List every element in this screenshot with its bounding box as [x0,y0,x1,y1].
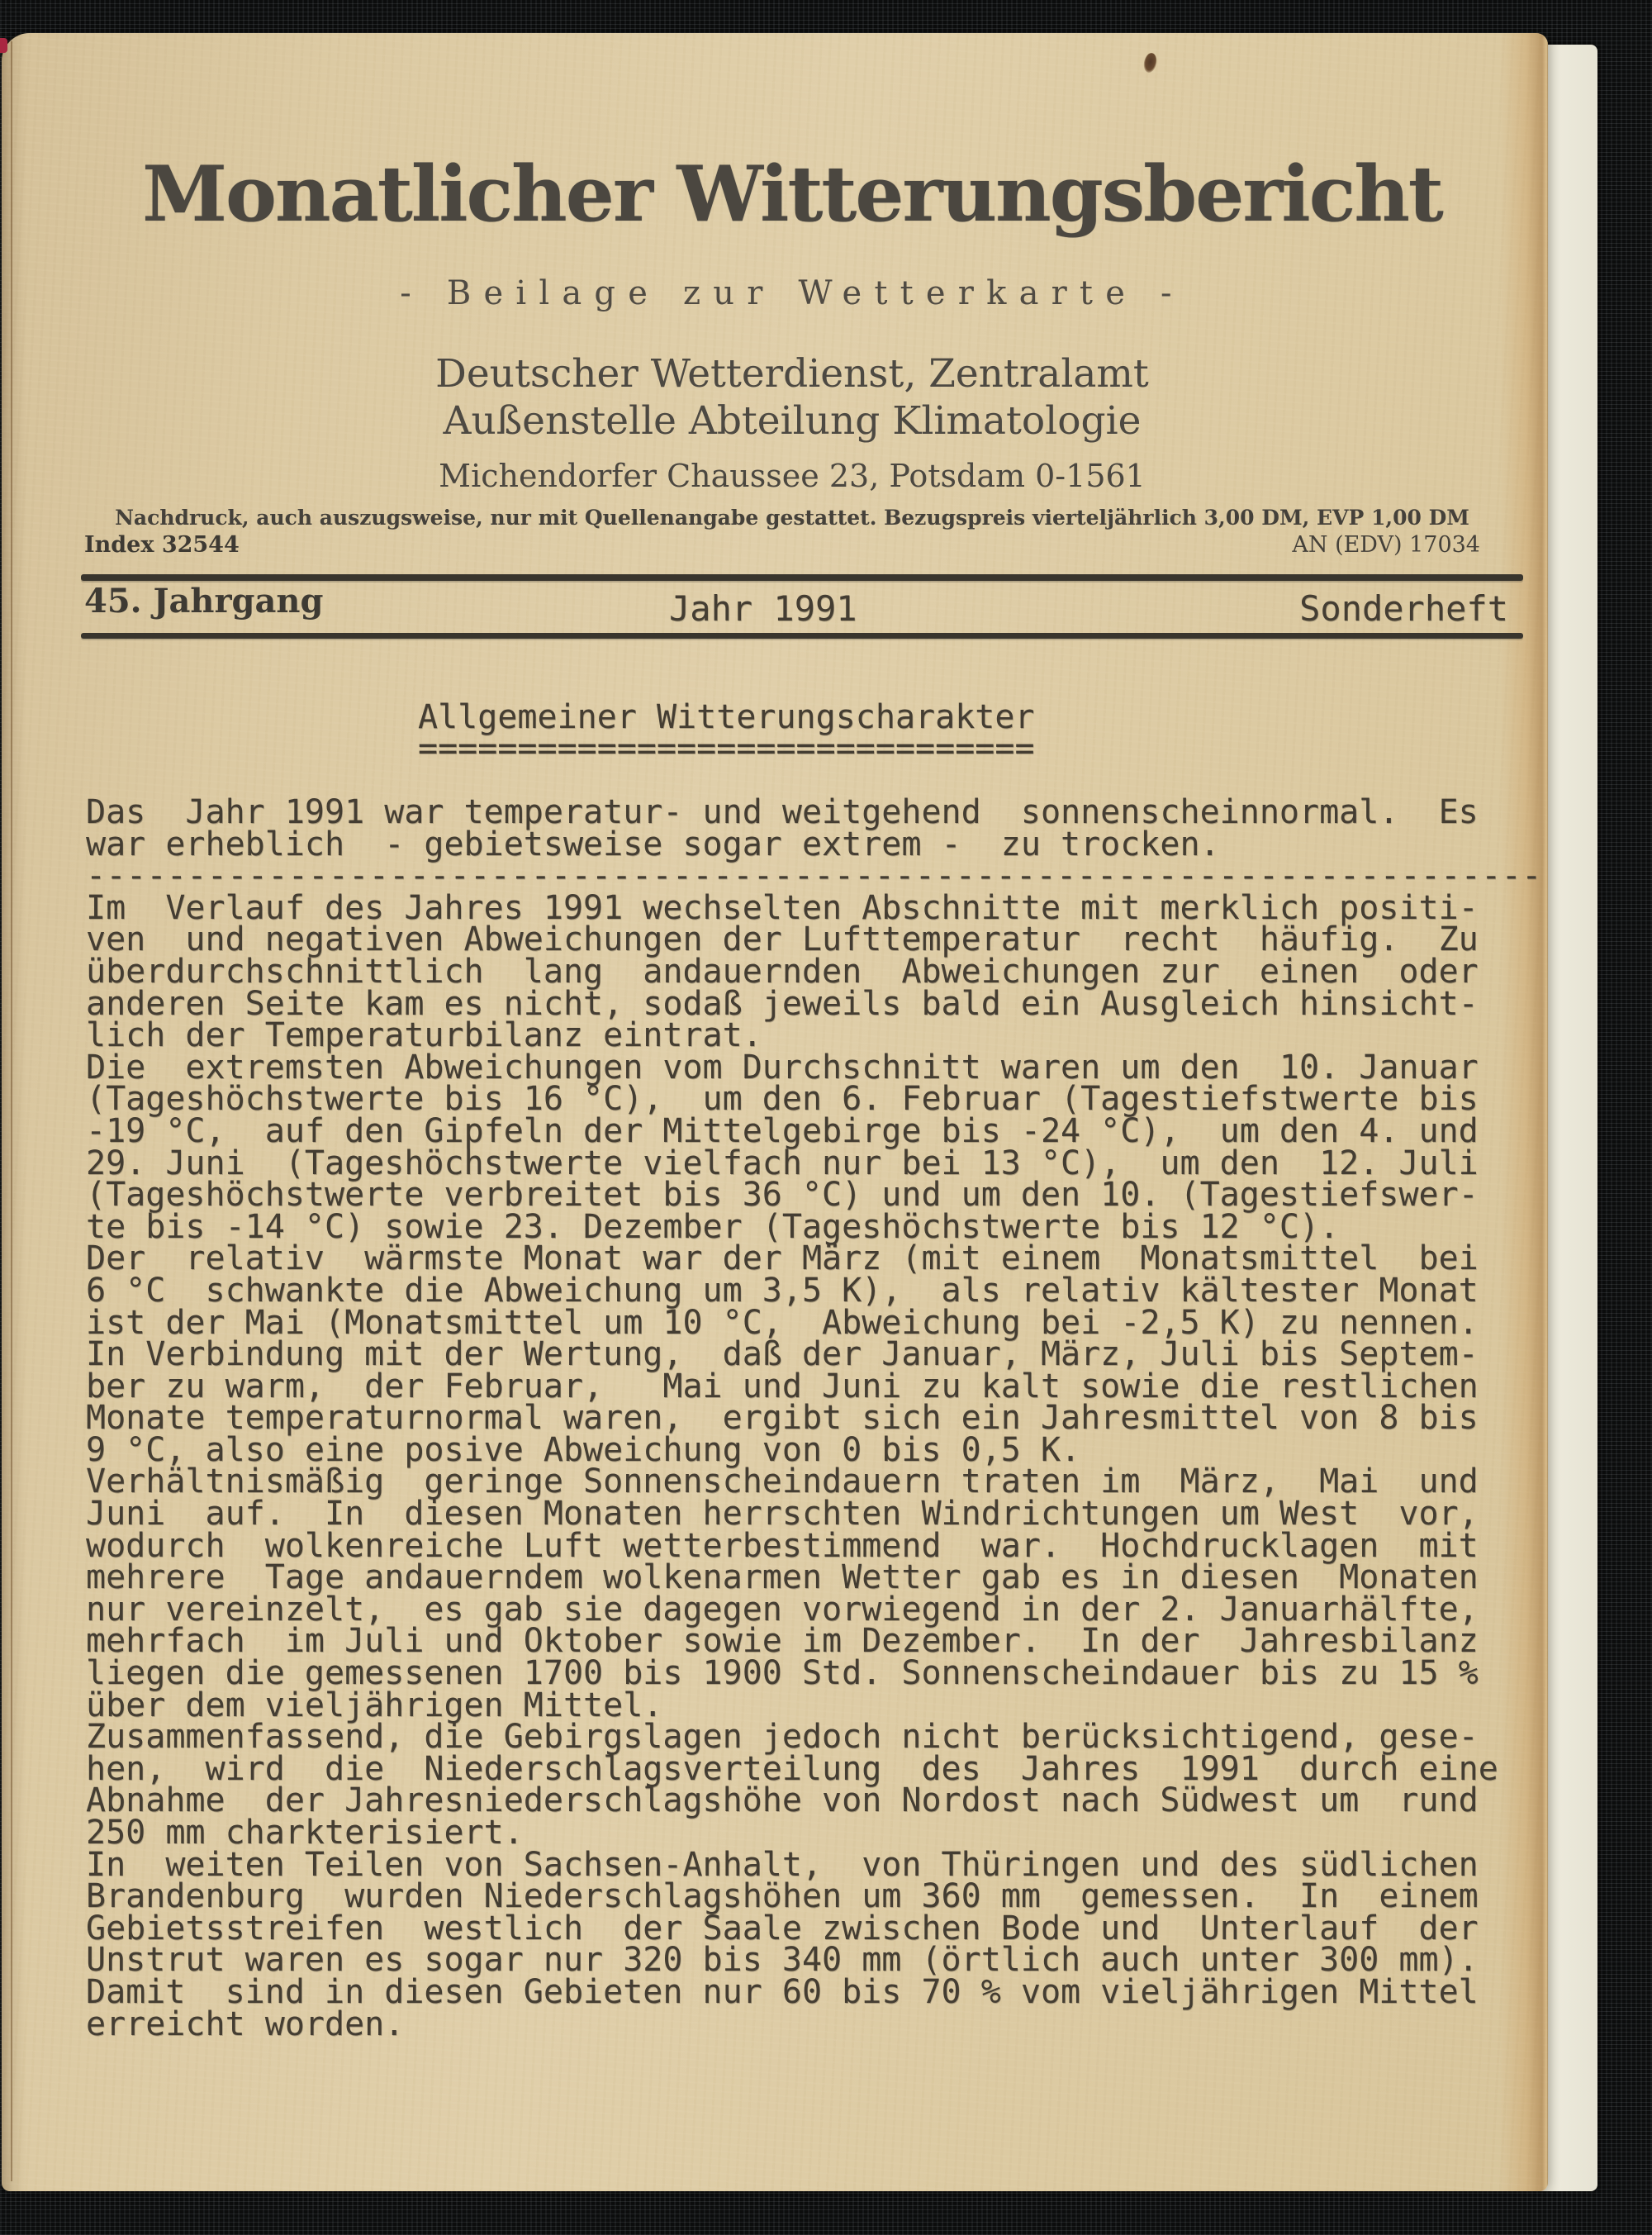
gutter-shadow-left [2,33,26,2191]
ink-stain [1142,52,1159,74]
publication-title: Monatlicher Witterungsbericht [35,155,1550,232]
index-code: Index 32544 [84,532,240,558]
scan-root: { "colors": { "paper": "#dccaa3", "ink_t… [0,0,1652,2235]
volume-label: 45. Jahrgang [84,582,323,621]
year-label: Jahr 1991 [669,588,857,629]
scanned-page: Monatlicher Witterungsbericht - Beilage … [2,33,1548,2191]
organization-line-1: Deutscher Wetterdienst, Zentralamt [35,351,1550,397]
address-line: Michendorfer Chaussee 23, Potsdam 0-1561 [35,458,1550,494]
article-intro: Das Jahr 1991 war temperatur- und weitge… [86,797,1528,860]
article-body: Das Jahr 1991 war temperatur- und weitge… [86,797,1528,2040]
article-paragraphs: Im Verlauf des Jahres 1991 wechselten Ab… [86,892,1528,2040]
page-crease-left [11,41,12,2181]
organization-line-2: Außenstelle Abteilung Klimatologie [35,398,1550,444]
imprint-notice: Nachdruck, auch auszugsweise, nur mit Qu… [35,506,1550,530]
section-heading-underline: =============================== [418,732,1035,765]
masthead-rule-top [81,574,1523,581]
masthead-rule-bottom [81,633,1523,639]
issue-label: Sonderheft [1299,588,1508,629]
section-heading: Allgemeiner Witterungscharakter [418,701,1035,734]
publication-subtitle: - Beilage zur Wetterkarte - [35,274,1550,312]
dashed-separator: ----------------------------------------… [86,860,1528,892]
red-edge-mark [0,38,7,53]
an-edv-code: AN (EDV) 17034 [1292,532,1480,558]
